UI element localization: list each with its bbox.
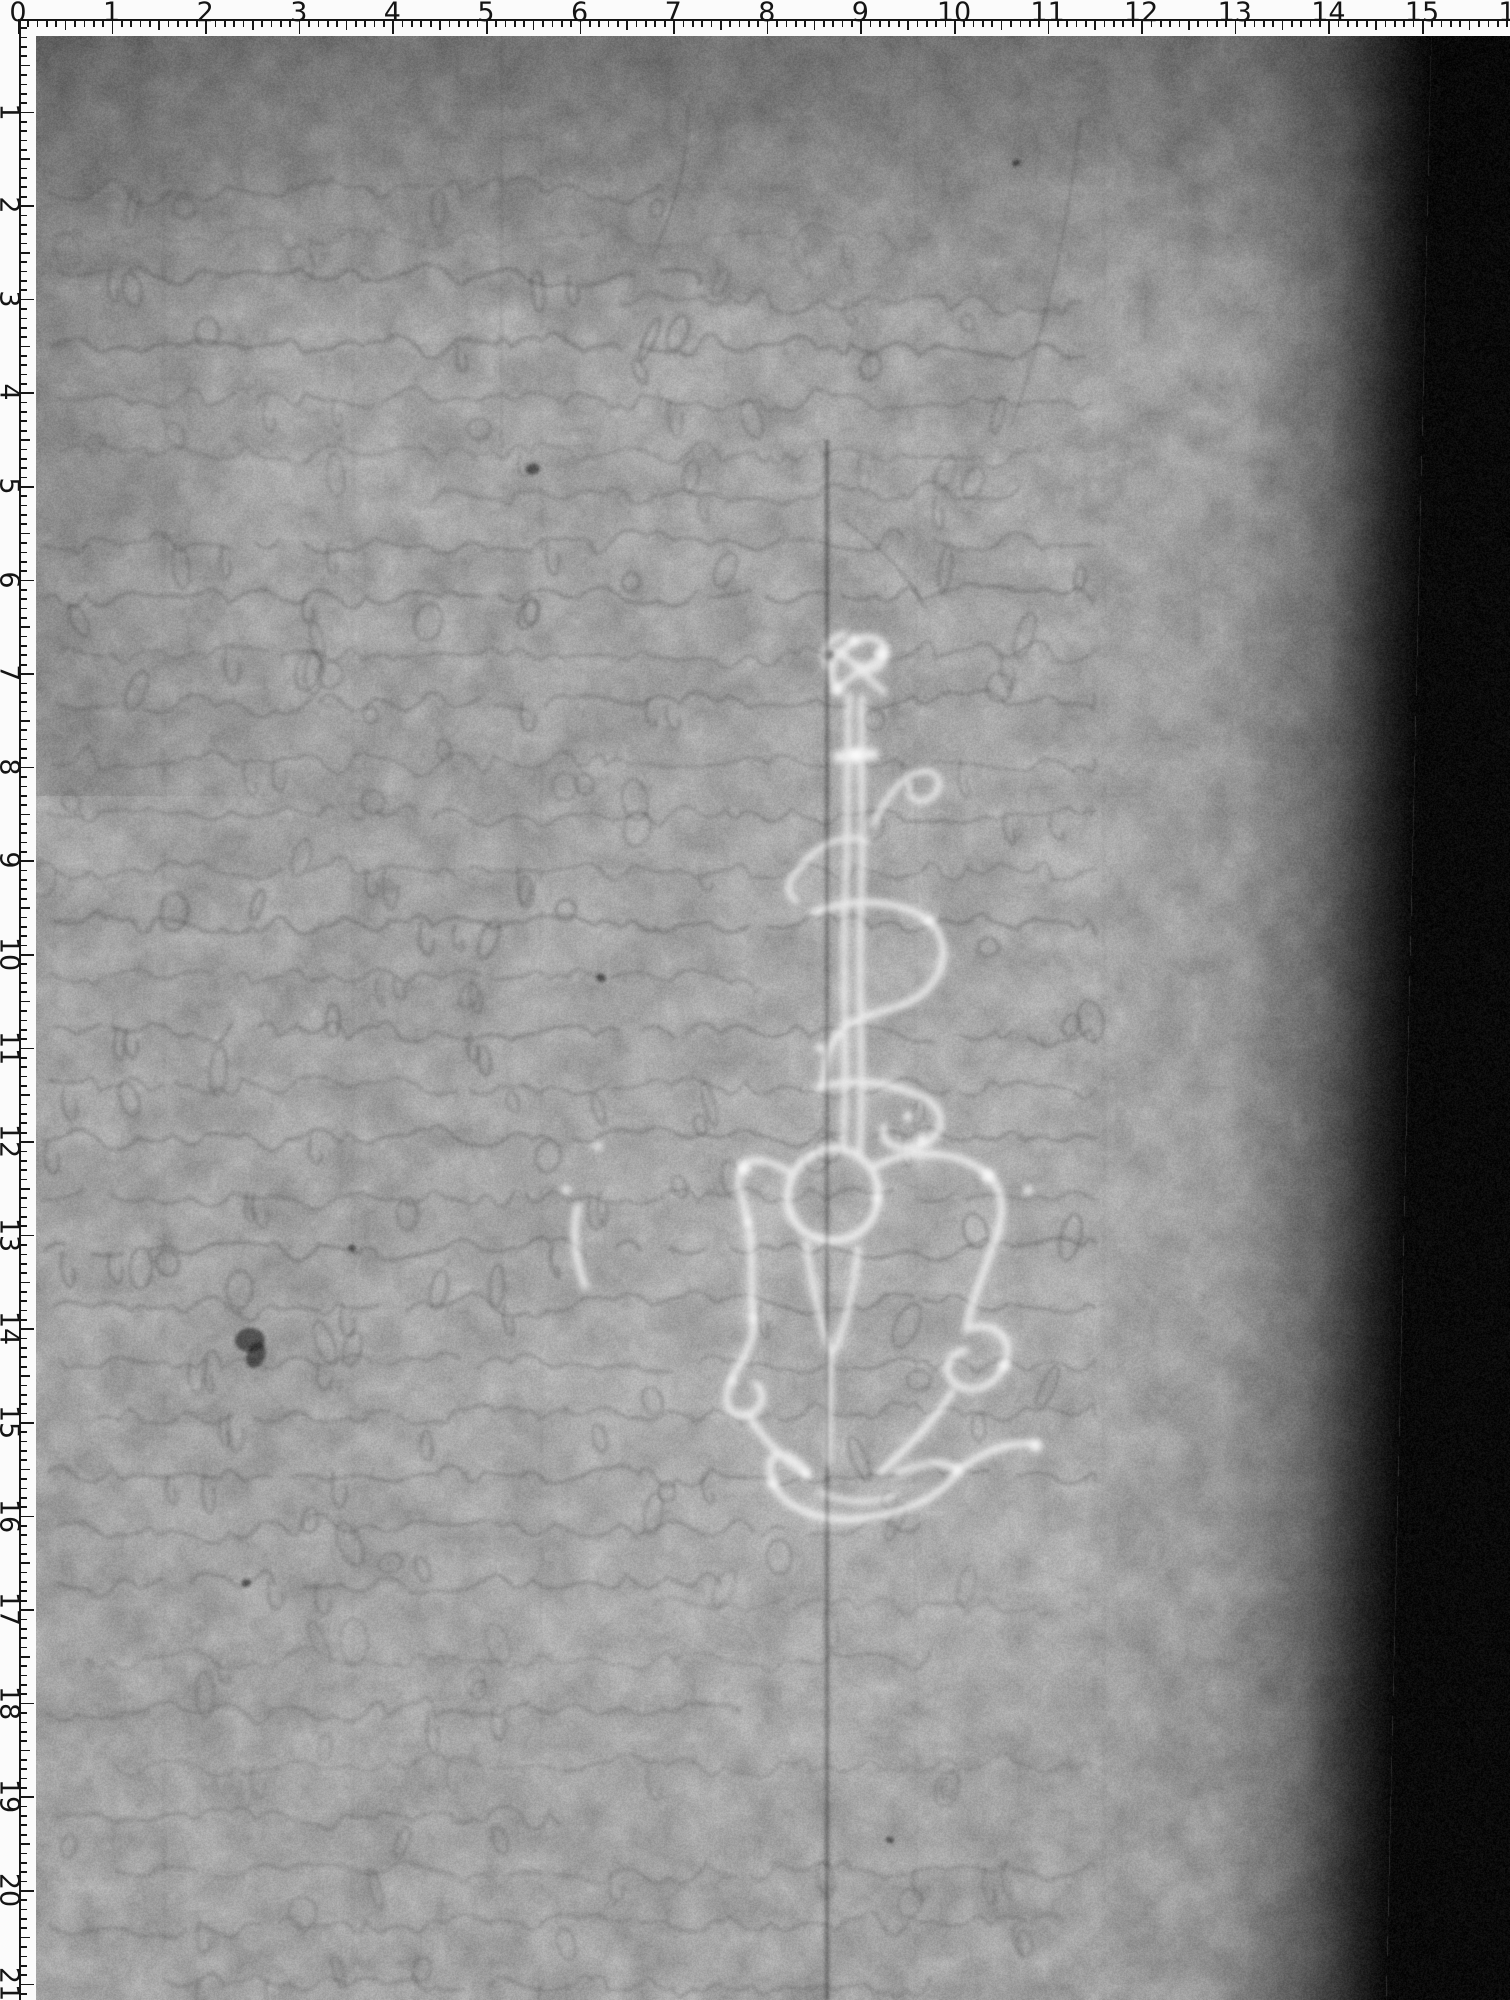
ruler-number: 0 (9, 0, 26, 28)
ruler-tick (271, 19, 273, 27)
scan-viewport: 012345678910111213141516 123456789101112… (0, 0, 1510, 2000)
ruler-tick (1478, 19, 1480, 27)
ruler-tick (870, 19, 872, 27)
ruler-tick (19, 271, 27, 273)
ruler-tick (19, 336, 27, 338)
ruler-tick (318, 19, 320, 27)
ruler-tick (84, 19, 86, 27)
ruler-tick (19, 1488, 27, 1490)
ruler-tick (19, 823, 27, 825)
ruler-tick (786, 19, 788, 27)
ruler-tick (19, 814, 30, 816)
ruler-tick (37, 19, 39, 27)
ruler-tick (158, 19, 160, 30)
ruler-tick (449, 19, 451, 27)
ruler-tick (19, 842, 27, 844)
ruler-tick (19, 1169, 27, 1171)
ruler-number: 12 (0, 1124, 25, 1158)
ruler-number: 7 (665, 0, 682, 28)
ruler-tick (19, 888, 27, 890)
ruler-tick (1300, 19, 1302, 27)
ruler-tick (19, 1862, 27, 1864)
ruler-number: 10 (937, 0, 971, 28)
ruler-tick (233, 19, 235, 27)
ruler-number: 1 (0, 103, 25, 120)
ruler-number: 15 (0, 1405, 25, 1439)
ruler-tick (982, 19, 984, 27)
ruler-tick (19, 1562, 30, 1564)
ruler-tick (19, 1459, 27, 1461)
ruler-tick (93, 19, 95, 27)
ruler-tick (19, 177, 27, 179)
ruler-tick (19, 1478, 27, 1480)
ruler-tick (19, 1909, 27, 1911)
ruler-tick (19, 186, 27, 188)
ruler-tick (19, 1094, 30, 1096)
ruler-tick (552, 19, 554, 27)
ruler-tick (19, 533, 30, 535)
ruler-number: 9 (852, 0, 869, 28)
ruler-tick (1188, 19, 1190, 30)
ruler-number: 13 (1218, 0, 1252, 28)
ruler-tick (542, 19, 544, 27)
ruler-tick (19, 140, 27, 142)
ruler-tick (224, 19, 226, 27)
ruler-tick (19, 683, 27, 685)
ruler-tick (1347, 19, 1349, 27)
ruler-number: 15 (1405, 0, 1439, 28)
ruler-number: 5 (477, 0, 494, 28)
ruler-tick (19, 121, 27, 123)
ruler-tick (19, 261, 27, 263)
ruler-tick (19, 411, 27, 413)
ruler-tick (19, 1347, 27, 1349)
ruler-number: 4 (0, 384, 25, 401)
ruler-tick (19, 130, 27, 132)
ruler-tick (1020, 19, 1022, 27)
ruler-tick (19, 1534, 27, 1536)
ruler-tick (701, 19, 703, 27)
ruler-tick (19, 1356, 27, 1358)
ruler-tick (1104, 19, 1106, 27)
ruler-tick (19, 1282, 30, 1284)
ruler-tick (19, 1853, 27, 1855)
ruler-number: 20 (0, 1873, 25, 1907)
ruler-tick (19, 1300, 27, 1302)
ruler-tick (19, 1937, 30, 1939)
ruler-tick (533, 19, 535, 30)
ruler-tick (1282, 19, 1284, 30)
ruler-tick (19, 1843, 30, 1845)
ruler-tick (420, 19, 422, 27)
ruler-tick (19, 1010, 27, 1012)
ruler-tick (1207, 19, 1209, 27)
ruler-tick (19, 1675, 27, 1677)
ruler-tick (1076, 19, 1078, 27)
ruler-number: 5 (0, 477, 25, 494)
ruler-tick (19, 926, 27, 928)
ruler-tick (514, 19, 516, 27)
ruler-tick (636, 19, 638, 27)
ruler-tick (19, 748, 27, 750)
ruler-tick (215, 19, 217, 27)
ruler-tick (19, 739, 27, 741)
ruler-tick (19, 1188, 30, 1190)
ruler-tick (19, 374, 27, 376)
ruler-tick (973, 19, 975, 27)
ruler-tick (523, 19, 525, 27)
ruler-tick (130, 19, 132, 27)
ruler-tick (1001, 19, 1003, 30)
ruler-tick (19, 608, 27, 610)
ruler-tick (46, 19, 48, 27)
ruler-tick (19, 870, 27, 872)
ruler-tick (19, 402, 27, 404)
ruler-tick (55, 19, 57, 27)
ruler-tick (19, 1824, 27, 1826)
ruler-tick (842, 19, 844, 27)
ruler-tick (1179, 19, 1181, 27)
ruler-tick (402, 19, 404, 27)
ruler-tick (19, 561, 27, 563)
ruler-tick (19, 514, 27, 516)
ruler-tick (19, 1385, 27, 1387)
ruler-tick (19, 832, 27, 834)
ruler-tick (19, 598, 27, 600)
ruler-number: 2 (0, 197, 25, 214)
ruler-tick (598, 19, 600, 27)
ruler-tick (149, 19, 151, 27)
ruler-tick (19, 1834, 27, 1836)
ruler-tick (19, 1637, 27, 1639)
ruler-tick (19, 1020, 27, 1022)
ruler-tick (19, 46, 27, 48)
ruler-tick (374, 19, 376, 27)
ruler-tick (19, 84, 27, 86)
ruler-tick (19, 346, 30, 348)
ruler-tick (19, 55, 27, 57)
ruler-number: 8 (758, 0, 775, 28)
ruler-tick (458, 19, 460, 27)
ruler-number: 12 (1124, 0, 1158, 28)
ruler-tick (879, 19, 881, 27)
ruler-tick (19, 224, 27, 226)
ruler-tick (589, 19, 591, 27)
ruler-number: 6 (0, 571, 25, 588)
ruler-tick (561, 19, 563, 27)
ruler-tick (814, 19, 816, 30)
ruler-tick (19, 552, 27, 554)
ruler-tick (804, 19, 806, 27)
ruler-tick (1441, 19, 1443, 27)
ruler-tick (19, 1581, 27, 1583)
ruler-tick (19, 1815, 27, 1817)
ruler-number: 4 (384, 0, 401, 28)
ruler-tick (346, 19, 348, 30)
ruler-tick (19, 907, 30, 909)
ruler-tick (907, 19, 909, 30)
ruler-tick (19, 439, 30, 441)
ruler-tick (411, 19, 413, 27)
ruler-tick (19, 1207, 27, 1209)
ruler-tick (19, 879, 27, 881)
ruler-tick (430, 19, 432, 27)
ruler-number: 2 (197, 0, 214, 28)
ruler-tick (186, 19, 188, 27)
ruler-tick (439, 19, 441, 30)
ruler-tick (19, 645, 27, 647)
ruler-tick (19, 1544, 27, 1546)
ruler-tick (19, 1722, 27, 1724)
ruler-tick (1375, 19, 1377, 30)
ruler-tick (19, 917, 27, 919)
ruler-tick (19, 626, 30, 628)
ruler-tick (19, 1263, 27, 1265)
ruler-tick (1169, 19, 1171, 27)
ruler-tick (19, 776, 27, 778)
ruler-tick (177, 19, 179, 27)
ruler-tick (823, 19, 825, 27)
ruler-tick (19, 804, 27, 806)
ruler-tick (19, 1076, 27, 1078)
ruler-tick (748, 19, 750, 27)
ruler-tick (1066, 19, 1068, 27)
ruler-tick (19, 505, 27, 507)
ruler-tick (19, 280, 27, 282)
ruler-tick (626, 19, 628, 30)
ruler-tick (19, 542, 27, 544)
ruler-number: 13 (0, 1218, 25, 1252)
ruler-tick (19, 1197, 27, 1199)
ruler-number: 14 (1311, 0, 1345, 28)
ruler-tick (19, 458, 27, 460)
ruler-tick (19, 898, 27, 900)
ruler-tick (776, 19, 778, 27)
ruler-tick (19, 1759, 27, 1761)
ruler-tick (608, 19, 610, 27)
ruler-number: 11 (0, 1030, 25, 1064)
ruler-tick (19, 795, 27, 797)
ruler-tick (19, 973, 27, 975)
ruler-tick (888, 19, 890, 27)
ruler-tick (19, 1647, 27, 1649)
ruler-tick (19, 327, 27, 329)
ruler-tick (1469, 19, 1471, 30)
ruler-tick (19, 589, 27, 591)
ruler-number: 1 (103, 0, 120, 28)
ruler-tick (617, 19, 619, 27)
ruler-tick (364, 19, 366, 27)
ruler-number: 9 (0, 852, 25, 869)
ruler-tick (19, 1553, 27, 1555)
ruler-number: 19 (0, 1779, 25, 1813)
ruler-tick (19, 495, 27, 497)
ruler-tick (1010, 19, 1012, 27)
ruler-tick (19, 1113, 27, 1115)
ruler-tick (832, 19, 834, 27)
ruler-tick (19, 1375, 30, 1377)
ruler-tick (19, 982, 27, 984)
ruler-tick (19, 93, 27, 95)
ruler-tick (1197, 19, 1199, 27)
ruler-tick (19, 720, 30, 722)
ruler-tick (19, 1731, 27, 1733)
ruler-tick (327, 19, 329, 27)
ruler-number: 21 (0, 1966, 25, 2000)
ruler-tick (19, 308, 27, 310)
ruler-tick (19, 1254, 27, 1256)
ruler-tick (19, 1441, 27, 1443)
ruler-tick (1356, 19, 1358, 27)
ruler-tick (121, 19, 123, 27)
ruler-tick (739, 19, 741, 27)
ruler-tick (19, 617, 27, 619)
ruler-tick (926, 19, 928, 27)
ruler-tick (243, 19, 245, 27)
ruler-number: 16 (1498, 0, 1510, 28)
ruler-tick (19, 1656, 30, 1658)
ruler-tick (19, 1927, 27, 1929)
ruler-tick (19, 1160, 27, 1162)
ruler-tick (19, 449, 27, 451)
ruler-tick (19, 1740, 27, 1742)
ruler-tick (19, 692, 27, 694)
ruler-tick (683, 19, 685, 27)
ruler-tick (1094, 19, 1096, 30)
ruler-tick (917, 19, 919, 27)
ruler-tick (1272, 19, 1274, 27)
ruler-tick (19, 1469, 30, 1471)
ruler-number: 16 (0, 1498, 25, 1532)
ruler-tick (729, 19, 731, 27)
ruler-tick (991, 19, 993, 27)
ruler-tick (19, 1179, 27, 1181)
ruler-tick (336, 19, 338, 27)
ruler-tick (19, 991, 27, 993)
ruler-tick (898, 19, 900, 27)
ruler-number: 10 (0, 937, 25, 971)
ruler-tick (19, 1085, 27, 1087)
ruler-tick (505, 19, 507, 27)
ruler-tick (308, 19, 310, 27)
ruler-tick (19, 1366, 27, 1368)
ruler-tick (261, 19, 263, 27)
ruler-tick (467, 19, 469, 27)
ruler-tick (1160, 19, 1162, 27)
ruler-tick (19, 158, 30, 160)
ruler-tick (495, 19, 497, 27)
ruler-tick (19, 1104, 27, 1106)
ruler-number: 14 (0, 1311, 25, 1345)
ruler-tick (19, 149, 27, 151)
ruler-tick (19, 27, 27, 29)
ruler-tick (19, 729, 27, 731)
ruler-tick (74, 19, 76, 27)
ruler-tick (19, 243, 27, 245)
ruler-tick (19, 1394, 27, 1396)
ruler-tick (65, 19, 67, 30)
ruler-tick (19, 318, 27, 320)
ruler-number: 3 (0, 290, 25, 307)
ruler-number: 17 (0, 1592, 25, 1626)
ruler-tick (19, 420, 27, 422)
ruler-tick (19, 1291, 27, 1293)
ruler-tick (19, 37, 27, 39)
ruler-tick (19, 65, 30, 67)
ruler-number: 18 (0, 1686, 25, 1720)
ruler-tick (19, 1768, 27, 1770)
ruler-tick (1085, 19, 1087, 27)
ruler-tick (19, 654, 27, 656)
ruler-tick (1459, 19, 1461, 27)
manuscript-paper (0, 0, 1510, 2000)
ruler-tick (19, 168, 27, 170)
ruler-tick (720, 19, 722, 30)
ruler-tick (280, 19, 282, 27)
ruler-tick (19, 467, 27, 469)
ruler-tick (19, 1066, 27, 1068)
ruler-tick (19, 786, 27, 788)
ruler-tick (19, 1956, 27, 1958)
ruler-tick (1366, 19, 1368, 27)
ruler-tick (19, 1450, 27, 1452)
ruler-tick (19, 430, 27, 432)
ruler-tick (19, 364, 27, 366)
ruler-tick (1113, 19, 1115, 27)
ruler-tick (19, 215, 27, 217)
ruler-tick (168, 19, 170, 27)
ruler-tick (1394, 19, 1396, 27)
ruler-tick (19, 1572, 27, 1574)
ruler-tick (19, 1001, 30, 1003)
ruler-tick (19, 74, 27, 76)
ruler-tick (19, 1272, 27, 1274)
ruler-tick (19, 1918, 27, 1920)
ruler-tick (19, 636, 27, 638)
ruler-tick (1254, 19, 1256, 27)
ruler-tick (140, 19, 142, 27)
ruler-tick (711, 19, 713, 27)
ruler-number: 11 (1030, 0, 1064, 28)
ruler-number: 7 (0, 665, 25, 682)
ruler-tick (252, 19, 254, 30)
ruler-tick (19, 233, 27, 235)
ruler-number: 6 (571, 0, 588, 28)
ruler-tick (1488, 19, 1490, 27)
ruler-tick (645, 19, 647, 27)
ruler-tick (19, 523, 27, 525)
ruler-tick (1291, 19, 1293, 27)
ruler-tick (1385, 19, 1387, 27)
ruler-tick (19, 355, 27, 357)
ruler-tick (19, 1946, 27, 1948)
ruler-tick (19, 1750, 30, 1752)
ruler-tick (1450, 19, 1452, 27)
ruler-tick (1263, 19, 1265, 27)
ruler-tick (19, 701, 27, 703)
ruler-number: 8 (0, 758, 25, 775)
ruler-tick (795, 19, 797, 27)
ruler-left: 123456789101112131415161718192021 (0, 36, 36, 2000)
ruler-tick (27, 19, 29, 27)
ruler-top: 012345678910111213141516 (0, 0, 1510, 36)
ruler-tick (19, 1628, 27, 1630)
ruler-number: 3 (290, 0, 307, 28)
ruler-tick (654, 19, 656, 27)
ruler-tick (355, 19, 357, 27)
ruler-tick (692, 19, 694, 27)
ruler-tick (19, 1665, 27, 1667)
